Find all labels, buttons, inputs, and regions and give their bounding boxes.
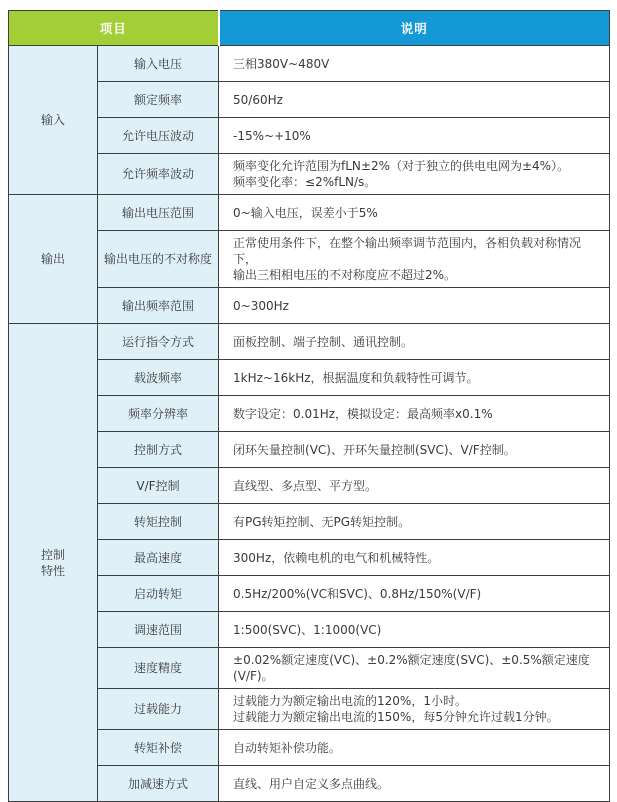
table-row: 控制 特性运行指令方式面板控制、端子控制、通讯控制。 [9, 324, 610, 360]
item-desc-cell: 过载能力为额定输出电流的120%，1小时。过载能力为额定输出电流的150%，每5… [219, 689, 610, 730]
table-row: 速度精度±0.02%额定速度(VC)、±0.2%额定速度(SVC)、±0.5%额… [9, 648, 610, 689]
desc-line: ±0.02%额定速度(VC)、±0.2%额定速度(SVC)、±0.5%额定速度(… [233, 652, 601, 684]
table-row: V/F控制直线型、多点型、平方型。 [9, 468, 610, 504]
desc-line: 自动转矩补偿功能。 [233, 740, 601, 756]
table-row: 输出频率范围0~300Hz [9, 288, 610, 324]
table-row: 最高速度300Hz，依赖电机的电气和机械特性。 [9, 540, 610, 576]
desc-line: 0~300Hz [233, 298, 601, 314]
desc-line: 过载能力为额定输出电流的120%，1小时。 [233, 693, 601, 709]
desc-line: 直线、用户自定义多点曲线。 [233, 776, 601, 792]
table-row: 频率分辨率数字设定：0.01Hz，模拟设定：最高频率x0.1% [9, 396, 610, 432]
table-row: 加减速方式直线、用户自定义多点曲线。 [9, 766, 610, 802]
item-desc-cell: 0~输入电压，误差小于5% [219, 195, 610, 231]
item-label-cell: 控制方式 [98, 432, 219, 468]
desc-line: 0~输入电压，误差小于5% [233, 205, 601, 221]
table-row: 控制方式闭环矢量控制(VC)、开环矢量控制(SVC)、V/F控制。 [9, 432, 610, 468]
table-row: 启动转矩0.5Hz/200%(VC和SVC)、0.8Hz/150%(V/F) [9, 576, 610, 612]
desc-line: 50/60Hz [233, 92, 601, 108]
item-desc-cell: 有PG转矩控制、无PG转矩控制。 [219, 504, 610, 540]
item-label-cell: 最高速度 [98, 540, 219, 576]
item-desc-cell: 三相380V~480V [219, 46, 610, 82]
item-label-cell: 速度精度 [98, 648, 219, 689]
item-desc-cell: ±0.02%额定速度(VC)、±0.2%额定速度(SVC)、±0.5%额定速度(… [219, 648, 610, 689]
item-label-cell: 转矩补偿 [98, 730, 219, 766]
item-label-cell: 额定频率 [98, 82, 219, 118]
item-desc-cell: 数字设定：0.01Hz，模拟设定：最高频率x0.1% [219, 396, 610, 432]
desc-line: 频率变化允许范围为fLN±2%（对于独立的供电电网为±4%）。 [233, 158, 601, 174]
spec-table: 项目 说明 输入输入电压三相380V~480V额定频率50/60Hz允许电压波动… [8, 10, 610, 802]
table-row: 允许频率波动频率变化允许范围为fLN±2%（对于独立的供电电网为±4%）。频率变… [9, 154, 610, 195]
item-desc-cell: 0~300Hz [219, 288, 610, 324]
item-label-cell: 转矩控制 [98, 504, 219, 540]
table-row: 载波频率1kHz~16kHz，根据温度和负载特性可调节。 [9, 360, 610, 396]
group-cell: 输入 [9, 46, 98, 195]
item-label-cell: 允许频率波动 [98, 154, 219, 195]
item-desc-cell: 0.5Hz/200%(VC和SVC)、0.8Hz/150%(V/F) [219, 576, 610, 612]
table-row: 额定频率50/60Hz [9, 82, 610, 118]
desc-line: 输出三相相电压的不对称度应不超过2%。 [233, 267, 601, 283]
table-row: 转矩补偿自动转矩补偿功能。 [9, 730, 610, 766]
desc-line: -15%~+10% [233, 128, 601, 144]
item-label-cell: 输出频率范围 [98, 288, 219, 324]
desc-line: 三相380V~480V [233, 56, 601, 72]
desc-line: 面板控制、端子控制、通讯控制。 [233, 334, 601, 350]
table-row: 调速范围1:500(SVC)、1:1000(VC) [9, 612, 610, 648]
desc-line: 300Hz，依赖电机的电气和机械特性。 [233, 550, 601, 566]
item-desc-cell: 直线、用户自定义多点曲线。 [219, 766, 610, 802]
item-label-cell: 载波频率 [98, 360, 219, 396]
item-label-cell: 输出电压的不对称度 [98, 231, 219, 288]
table-row: 允许电压波动-15%~+10% [9, 118, 610, 154]
page: 项目 说明 输入输入电压三相380V~480V额定频率50/60Hz允许电压波动… [0, 0, 617, 791]
table-row: 输入输入电压三相380V~480V [9, 46, 610, 82]
item-desc-cell: 300Hz，依赖电机的电气和机械特性。 [219, 540, 610, 576]
item-label-cell: 调速范围 [98, 612, 219, 648]
desc-line: 直线型、多点型、平方型。 [233, 478, 601, 494]
header-cell-item: 项目 [9, 11, 219, 46]
desc-line: 1kHz~16kHz，根据温度和负载特性可调节。 [233, 370, 601, 386]
desc-line: 数字设定：0.01Hz，模拟设定：最高频率x0.1% [233, 406, 601, 422]
table-row: 输出电压的不对称度正常使用条件下，在整个输出频率调节范围内，各相负载对称情况下，… [9, 231, 610, 288]
table-row: 过载能力过载能力为额定输出电流的120%，1小时。过载能力为额定输出电流的150… [9, 689, 610, 730]
item-label-cell: 加减速方式 [98, 766, 219, 802]
desc-line: 频率变化率：≤2%fLN/s。 [233, 174, 601, 190]
item-label-cell: 频率分辨率 [98, 396, 219, 432]
desc-line: 有PG转矩控制、无PG转矩控制。 [233, 514, 601, 530]
item-desc-cell: -15%~+10% [219, 118, 610, 154]
item-desc-cell: 直线型、多点型、平方型。 [219, 468, 610, 504]
table-header: 项目 说明 [9, 11, 610, 46]
item-desc-cell: 自动转矩补偿功能。 [219, 730, 610, 766]
table-row: 输出输出电压范围0~输入电压，误差小于5% [9, 195, 610, 231]
item-label-cell: 过载能力 [98, 689, 219, 730]
item-label-cell: 运行指令方式 [98, 324, 219, 360]
item-desc-cell: 50/60Hz [219, 82, 610, 118]
item-label-cell: 允许电压波动 [98, 118, 219, 154]
group-cell: 输出 [9, 195, 98, 324]
desc-line: 过载能力为额定输出电流的150%，每5分钟允许过载1分钟。 [233, 709, 601, 725]
table-row: 转矩控制有PG转矩控制、无PG转矩控制。 [9, 504, 610, 540]
item-desc-cell: 闭环矢量控制(VC)、开环矢量控制(SVC)、V/F控制。 [219, 432, 610, 468]
item-label-cell: V/F控制 [98, 468, 219, 504]
header-row: 项目 说明 [9, 11, 610, 46]
item-desc-cell: 频率变化允许范围为fLN±2%（对于独立的供电电网为±4%）。频率变化率：≤2%… [219, 154, 610, 195]
table-body: 输入输入电压三相380V~480V额定频率50/60Hz允许电压波动-15%~+… [9, 46, 610, 802]
item-desc-cell: 1:500(SVC)、1:1000(VC) [219, 612, 610, 648]
item-desc-cell: 面板控制、端子控制、通讯控制。 [219, 324, 610, 360]
item-label-cell: 启动转矩 [98, 576, 219, 612]
desc-line: 正常使用条件下，在整个输出频率调节范围内，各相负载对称情况下， [233, 235, 601, 267]
desc-line: 0.5Hz/200%(VC和SVC)、0.8Hz/150%(V/F) [233, 586, 601, 602]
item-desc-cell: 1kHz~16kHz，根据温度和负载特性可调节。 [219, 360, 610, 396]
item-desc-cell: 正常使用条件下，在整个输出频率调节范围内，各相负载对称情况下，输出三相相电压的不… [219, 231, 610, 288]
item-label-cell: 输出电压范围 [98, 195, 219, 231]
header-cell-desc: 说明 [219, 11, 610, 46]
desc-line: 闭环矢量控制(VC)、开环矢量控制(SVC)、V/F控制。 [233, 442, 601, 458]
desc-line: 1:500(SVC)、1:1000(VC) [233, 622, 601, 638]
item-label-cell: 输入电压 [98, 46, 219, 82]
group-cell: 控制 特性 [9, 324, 98, 802]
